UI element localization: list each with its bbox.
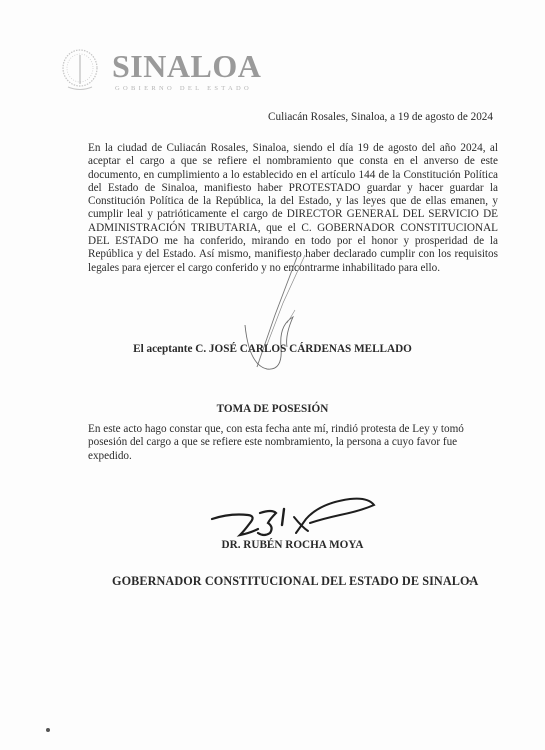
brand-name: SINALOA	[112, 50, 261, 82]
section-title-possession: TOMA DE POSESIÓN	[0, 403, 545, 415]
scan-speck	[46, 728, 50, 732]
state-seal-icon	[60, 48, 100, 92]
document-page: SINALOA GOBIERNO DEL ESTADO Culiacán Ros…	[0, 0, 545, 750]
acceptor-line: El aceptante C. JOSÉ CARLOS CÁRDENAS MEL…	[0, 343, 545, 355]
date-line: Culiacán Rosales, Sinaloa, a 19 de agost…	[268, 111, 493, 123]
brand-subtitle: GOBIERNO DEL ESTADO	[115, 85, 252, 92]
scan-speck	[469, 580, 471, 582]
possession-paragraph: En este acto hago constar que, con esta …	[88, 423, 498, 463]
signer-title: GOBERNADOR CONSTITUCIONAL DEL ESTADO DE …	[112, 574, 478, 589]
signer-name: DR. RUBÉN ROCHA MOYA	[0, 539, 545, 551]
acceptor-signature	[235, 255, 315, 380]
governor-signature	[210, 493, 380, 541]
